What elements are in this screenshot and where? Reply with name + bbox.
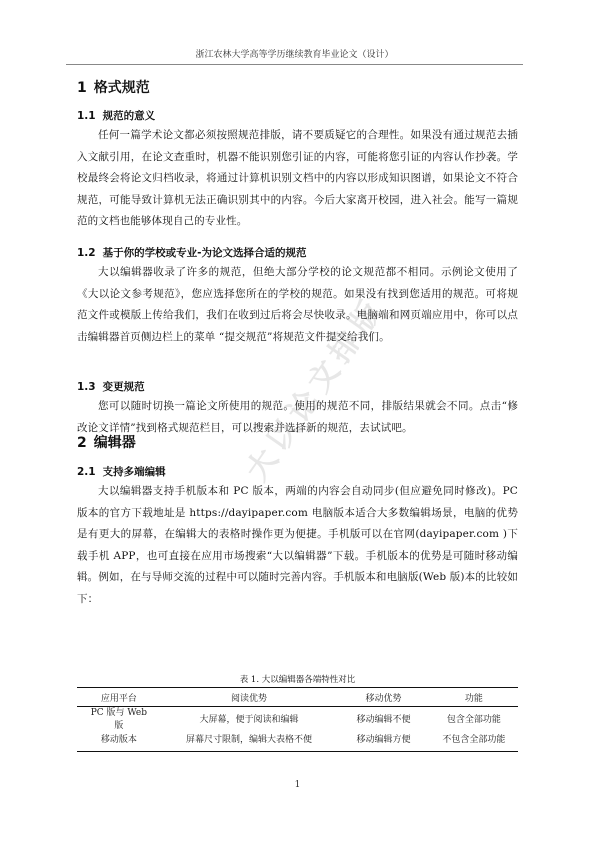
heading-number: 2	[77, 435, 87, 451]
heading-number: 2.1	[77, 466, 96, 478]
heading-number: 1.1	[77, 110, 96, 122]
heading-text: 规范的意义	[103, 110, 156, 122]
heading-number: 1.3	[77, 381, 96, 393]
page-header: 浙江农林大学高等学历继续教育毕业论文（设计）	[66, 48, 523, 65]
table-header-row: 应用平台 阅读优势 移动优势 功能	[77, 688, 518, 707]
heading-text: 编辑器	[94, 435, 136, 451]
heading-section-1-3: 1.3变更规范	[77, 379, 145, 395]
page-number: 1	[295, 780, 301, 790]
page-footer: 1	[0, 780, 595, 790]
heading-section-2: 2编辑器	[77, 433, 136, 453]
heading-text: 格式规范	[94, 80, 150, 96]
heading-section-1: 1格式规范	[77, 78, 150, 98]
paragraph-1-3: 您可以随时切换一篇论文所使用的规范。使用的规范不同，排版结果就会不同。点击“修改…	[77, 396, 518, 439]
heading-section-1-2: 1.2基于你的学校或专业-为论文选择合适的规范	[77, 245, 306, 261]
column-header: 移动优势	[337, 688, 430, 707]
heading-section-1-1: 1.1规范的意义	[77, 108, 155, 124]
heading-text: 基于你的学校或专业-为论文选择合适的规范	[103, 247, 307, 259]
header-title: 浙江农林大学高等学历继续教育毕业论文（设计）	[195, 50, 393, 60]
table-cell: 屏幕尺寸限制，编辑大表格不便	[161, 733, 337, 752]
table-cell: 移动版本	[77, 733, 161, 752]
heading-text: 变更规范	[103, 381, 145, 393]
column-header: 功能	[430, 688, 518, 707]
heading-number: 1.2	[77, 247, 96, 259]
paragraph-1-2: 大以编辑器收录了许多的规范，但绝大部分学校的论文规范都不相同。示例论文使用了《大…	[77, 262, 518, 348]
column-header: 应用平台	[77, 688, 161, 707]
paragraph-1-1: 任何一篇学术论文都必须按照规范排版，请不要质疑它的合理性。如果没有通过规范去插入…	[77, 125, 518, 233]
table-cell: 不包含全部功能	[430, 733, 518, 752]
heading-section-2-1: 2.1支持多端编辑	[77, 464, 166, 480]
table-row: PC 版与 Web 版 大屏幕，便于阅读和编辑 移动编辑不便 包含全部功能	[77, 707, 518, 734]
table-cell: 大屏幕，便于阅读和编辑	[161, 707, 337, 734]
paragraph-2-1: 大以编辑器支持手机版本和 PC 版本，两端的内容会自动同步(但应避免同时修改)。…	[77, 481, 518, 610]
column-header: 阅读优势	[161, 688, 337, 707]
table-caption: 表 1. 大以编辑器各端特性对比	[77, 674, 518, 686]
table-cell: PC 版与 Web 版	[77, 707, 161, 734]
heading-text: 支持多端编辑	[103, 466, 166, 478]
table-cell: 移动编辑不便	[337, 707, 430, 734]
table-cell: 移动编辑方便	[337, 733, 430, 752]
comparison-table: 应用平台 阅读优势 移动优势 功能 PC 版与 Web 版 大屏幕，便于阅读和编…	[77, 687, 518, 752]
table-row: 移动版本 屏幕尺寸限制，编辑大表格不便 移动编辑方便 不包含全部功能	[77, 733, 518, 752]
table-cell: 包含全部功能	[430, 707, 518, 734]
heading-number: 1	[77, 80, 87, 96]
